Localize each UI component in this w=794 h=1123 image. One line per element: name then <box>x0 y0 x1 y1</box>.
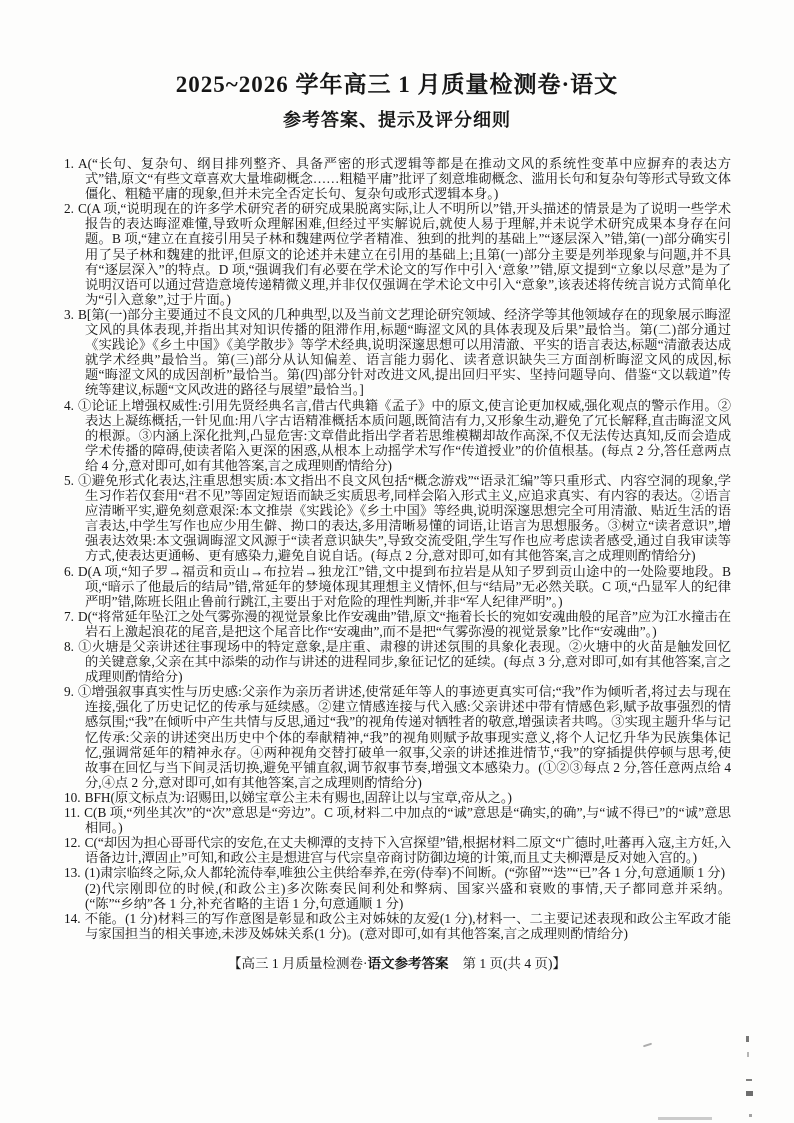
answer-text: D(“将常延年坠江之处气雾弥漫的视觉景象比作安魂曲”错,原文“拖着长长的宛如安魂… <box>78 609 731 639</box>
answer-text: B[第(一)部分主要通过不良文风的几种典型,以及当前文艺理论研究领域、经济学等其… <box>78 307 731 397</box>
answer-number: 8. <box>64 639 74 654</box>
answer-text: D(A 项,“知子罗→福贡和贡山→布拉岩→独龙江”错,文中提到布拉岩是从知子罗到… <box>78 564 731 609</box>
page-header: 2025~2026 学年高三 1 月质量检测卷·语文 参考答案、提示及评分细则 <box>0 0 794 132</box>
page-title: 2025~2026 学年高三 1 月质量检测卷·语文 <box>0 66 794 99</box>
scan-artifact <box>746 1091 753 1096</box>
answer-text: BFH(原文标点为:诏赐田,以娣宝章公主未有赐也,固辞让以与宝章,帝从之。) <box>85 790 512 805</box>
answer-item-13: 13.(1)肃宗临终之际,众人都轮流侍奉,唯独公主供给奉养,在旁(侍奉)不间断。… <box>64 865 731 910</box>
page-footer: 【高三 1 月质量检测卷·语文参考答案第 1 页(共 4 页)】 <box>0 956 794 972</box>
footer-page-number: 第 1 页(共 4 页)】 <box>463 956 567 971</box>
answer-item-11: 11.C(B 项,“列坐其次”的“次”意思是“旁边”。C 项,材料二中加点的“诚… <box>64 805 731 835</box>
answer-text: C(A 项,“说明现在的许多学术研究者的研究成果脱离实际,让人不明所以”错,开头… <box>78 201 731 307</box>
answer-item-6: 6.D(A 项,“知子罗→福贡和贡山→布拉岩→独龙江”错,文中提到布拉岩是从知子… <box>64 564 731 609</box>
answer-item-8: 8.①火塘是父亲讲述往事现场中的特定意象,是庄重、肃穆的讲述氛围的具象化表现。②… <box>64 639 731 684</box>
scan-artifact <box>749 1114 752 1117</box>
answer-text: (1)肃宗临终之际,众人都轮流侍奉,唯独公主供给奉养,在旁(侍奉)不间断。(“弥… <box>85 865 725 880</box>
answer-item-10: 10.BFH(原文标点为:诏赐田,以娣宝章公主未有赐也,固辞让以与宝章,帝从之。… <box>64 790 731 805</box>
scan-artifact <box>746 1036 749 1042</box>
answer-text: C(“却因为担心哥哥代宗的安危,在丈夫柳潭的支持下入宫探望”错,根据材料二原文“… <box>85 835 731 865</box>
answer-number: 2. <box>64 201 74 216</box>
answer-item-5: 5.①避免形式化表达,注重思想实质:本文指出不良文风包括“概念游戏”“语录汇编”… <box>64 473 731 564</box>
scan-artifact <box>658 1117 712 1120</box>
answer-text: ①增强叙事真实性与历史感:父亲作为亲历者讲述,使常延年等人的事迹更真实可信;“我… <box>78 684 731 790</box>
answer-item-2: 2.C(A 项,“说明现在的许多学术研究者的研究成果脱离实际,让人不明所以”错,… <box>64 201 731 307</box>
answers-list: 1.A(“长句、复杂句、纲目排列整齐、具备严密的形式逻辑等都是在推动文风的系统性… <box>64 156 731 941</box>
answer-number: 14. <box>64 911 81 926</box>
answer-item-12: 12.C(“却因为担心哥哥代宗的安危,在丈夫柳潭的支持下入宫探望”错,根据材料二… <box>64 835 731 865</box>
scan-artifact <box>746 1079 752 1081</box>
answer-number: 4. <box>64 398 74 413</box>
answer-text: A(“长句、复杂句、纲目排列整齐、具备严密的形式逻辑等都是在推动文风的系统性变革… <box>78 156 731 201</box>
answer-number: 3. <box>64 307 74 322</box>
answer-item-13-part-2: (2)代宗刚即位的时候,(和政公主)多次陈奏民间利处和弊病、国家兴盛和衰败的事情… <box>64 881 731 911</box>
answer-item-13-part-1: 13.(1)肃宗临终之际,众人都轮流侍奉,唯独公主供给奉养,在旁(侍奉)不间断。… <box>64 865 731 880</box>
answer-text: C(B 项,“列坐其次”的“次”意思是“旁边”。C 项,材料二中加点的“诚”意思… <box>84 805 731 835</box>
footer-prefix: 【高三 1 月质量检测卷· <box>228 956 368 971</box>
answer-item-9: 9.①增强叙事真实性与历史感:父亲作为亲历者讲述,使常延年等人的事迹更真实可信;… <box>64 684 731 790</box>
answer-item-4: 4.①论证上增强权威性:引用先贤经典名言,借古代典籍《孟子》中的原文,使言论更加… <box>64 398 731 473</box>
page-subtitle: 参考答案、提示及评分细则 <box>0 106 794 132</box>
answer-number: 9. <box>64 684 74 699</box>
answer-number: 12. <box>64 835 81 850</box>
answer-text: 不能。(1 分)材料三的写作意图是彰显和政公主对姊妹的友爱(1 分),材料一、二… <box>85 911 731 941</box>
answer-item-14: 14.不能。(1 分)材料三的写作意图是彰显和政公主对姊妹的友爱(1 分),材料… <box>64 911 731 941</box>
answer-text: ①论证上增强权威性:引用先贤经典名言,借古代典籍《孟子》中的原文,使言论更加权威… <box>78 398 731 473</box>
answer-sheet-page: 2025~2026 学年高三 1 月质量检测卷·语文 参考答案、提示及评分细则 … <box>0 0 794 1123</box>
answer-number: 13. <box>64 865 81 880</box>
scan-artifact <box>747 1052 749 1057</box>
answer-number: 11. <box>64 805 80 820</box>
answer-number: 1. <box>64 156 74 171</box>
scan-artifact <box>643 1043 652 1048</box>
answer-item-1: 1.A(“长句、复杂句、纲目排列整齐、具备严密的形式逻辑等都是在推动文风的系统性… <box>64 156 731 201</box>
answer-text: ①火塘是父亲讲述往事现场中的特定意象,是庄重、肃穆的讲述氛围的具象化表现。②火塘… <box>78 639 731 684</box>
answer-number: 6. <box>64 564 74 579</box>
answer-number: 10. <box>64 790 81 805</box>
answer-number: 7. <box>64 609 74 624</box>
answer-number: 5. <box>64 473 74 488</box>
answer-item-3: 3.B[第(一)部分主要通过不良文风的几种典型,以及当前文艺理论研究领域、经济学… <box>64 307 731 398</box>
footer-exam-name: 语文参考答案 <box>368 956 449 971</box>
answer-text: ①避免形式化表达,注重思想实质:本文指出不良文风包括“概念游戏”“语录汇编”等只… <box>78 473 731 563</box>
answer-item-7: 7.D(“将常延年坠江之处气雾弥漫的视觉景象比作安魂曲”错,原文“拖着长长的宛如… <box>64 609 731 639</box>
